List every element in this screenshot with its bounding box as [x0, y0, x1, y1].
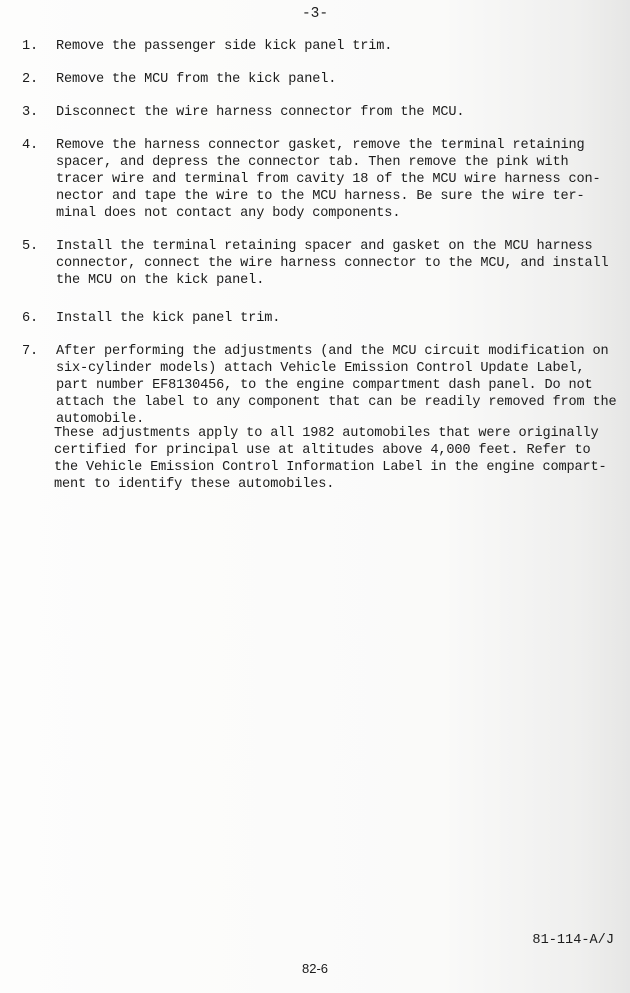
- step-text: After performing the adjustments (and th…: [56, 343, 622, 428]
- step-2: 2. Remove the MCU from the kick panel.: [22, 71, 622, 88]
- step-number: 7.: [22, 343, 56, 428]
- step-5: 5. Install the terminal retaining spacer…: [22, 238, 622, 289]
- step-4: 4. Remove the harness connector gasket, …: [22, 137, 622, 222]
- step-number: 5.: [22, 238, 56, 289]
- step-text: Remove the MCU from the kick panel.: [56, 71, 622, 88]
- document-page: -3- 1. Remove the passenger side kick pa…: [0, 0, 630, 993]
- page-number-header: -3-: [0, 6, 630, 22]
- step-7: 7. After performing the adjustments (and…: [22, 343, 622, 428]
- step-6: 6. Install the kick panel trim.: [22, 310, 622, 327]
- applicability-note: These adjustments apply to all 1982 auto…: [54, 425, 624, 493]
- step-1: 1. Remove the passenger side kick panel …: [22, 38, 622, 55]
- step-number: 6.: [22, 310, 56, 327]
- page-footer-label: 82-6: [0, 961, 630, 976]
- step-number: 4.: [22, 137, 56, 222]
- step-number: 2.: [22, 71, 56, 88]
- step-3: 3. Disconnect the wire harness connector…: [22, 104, 622, 121]
- step-text: Disconnect the wire harness connector fr…: [56, 104, 622, 121]
- procedure-steps: 1. Remove the passenger side kick panel …: [22, 38, 622, 428]
- step-text: Remove the harness connector gasket, rem…: [56, 137, 622, 222]
- step-text: Install the terminal retaining spacer an…: [56, 238, 622, 289]
- document-code: 81-114-A/J: [532, 933, 614, 948]
- step-text: Remove the passenger side kick panel tri…: [56, 38, 622, 55]
- step-number: 1.: [22, 38, 56, 55]
- step-number: 3.: [22, 104, 56, 121]
- step-text: Install the kick panel trim.: [56, 310, 622, 327]
